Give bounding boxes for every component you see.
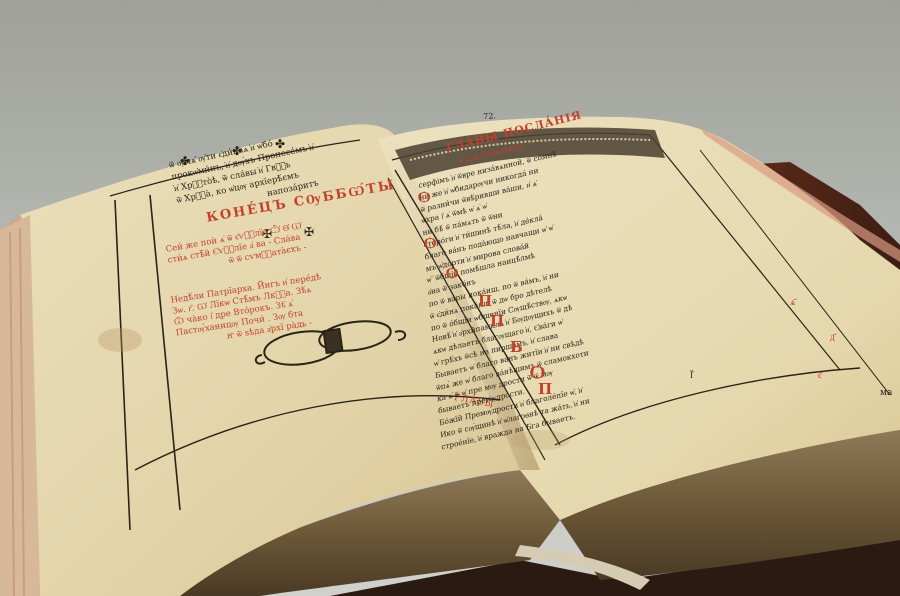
page-number: 72. [483, 111, 496, 121]
red-initial: Ѻ [424, 234, 436, 253]
red-initial: П [490, 312, 504, 330]
signature-mark: Ї҆ [690, 370, 693, 381]
right-page-body: серфімъ ҆и҆ ѿвре низа́вѧнной, ѿ со́мнѣ н… [418, 145, 594, 453]
red-initial: П [478, 292, 492, 310]
book-photograph: ✤ ✤ ✤ ✠ ✠ ѧ҃ д҃ є҃ ма ѿ ѹ҆мѧ̑ ѹ҆ти є҆ди́… [0, 0, 900, 596]
red-initial: Б [510, 338, 523, 356]
red-initial: П [538, 380, 552, 398]
red-initial: Ѻ [418, 188, 430, 207]
red-initial: Ѻ [446, 264, 458, 283]
svg-text:ма: ма [880, 388, 893, 398]
svg-text:✠: ✠ [304, 225, 314, 239]
